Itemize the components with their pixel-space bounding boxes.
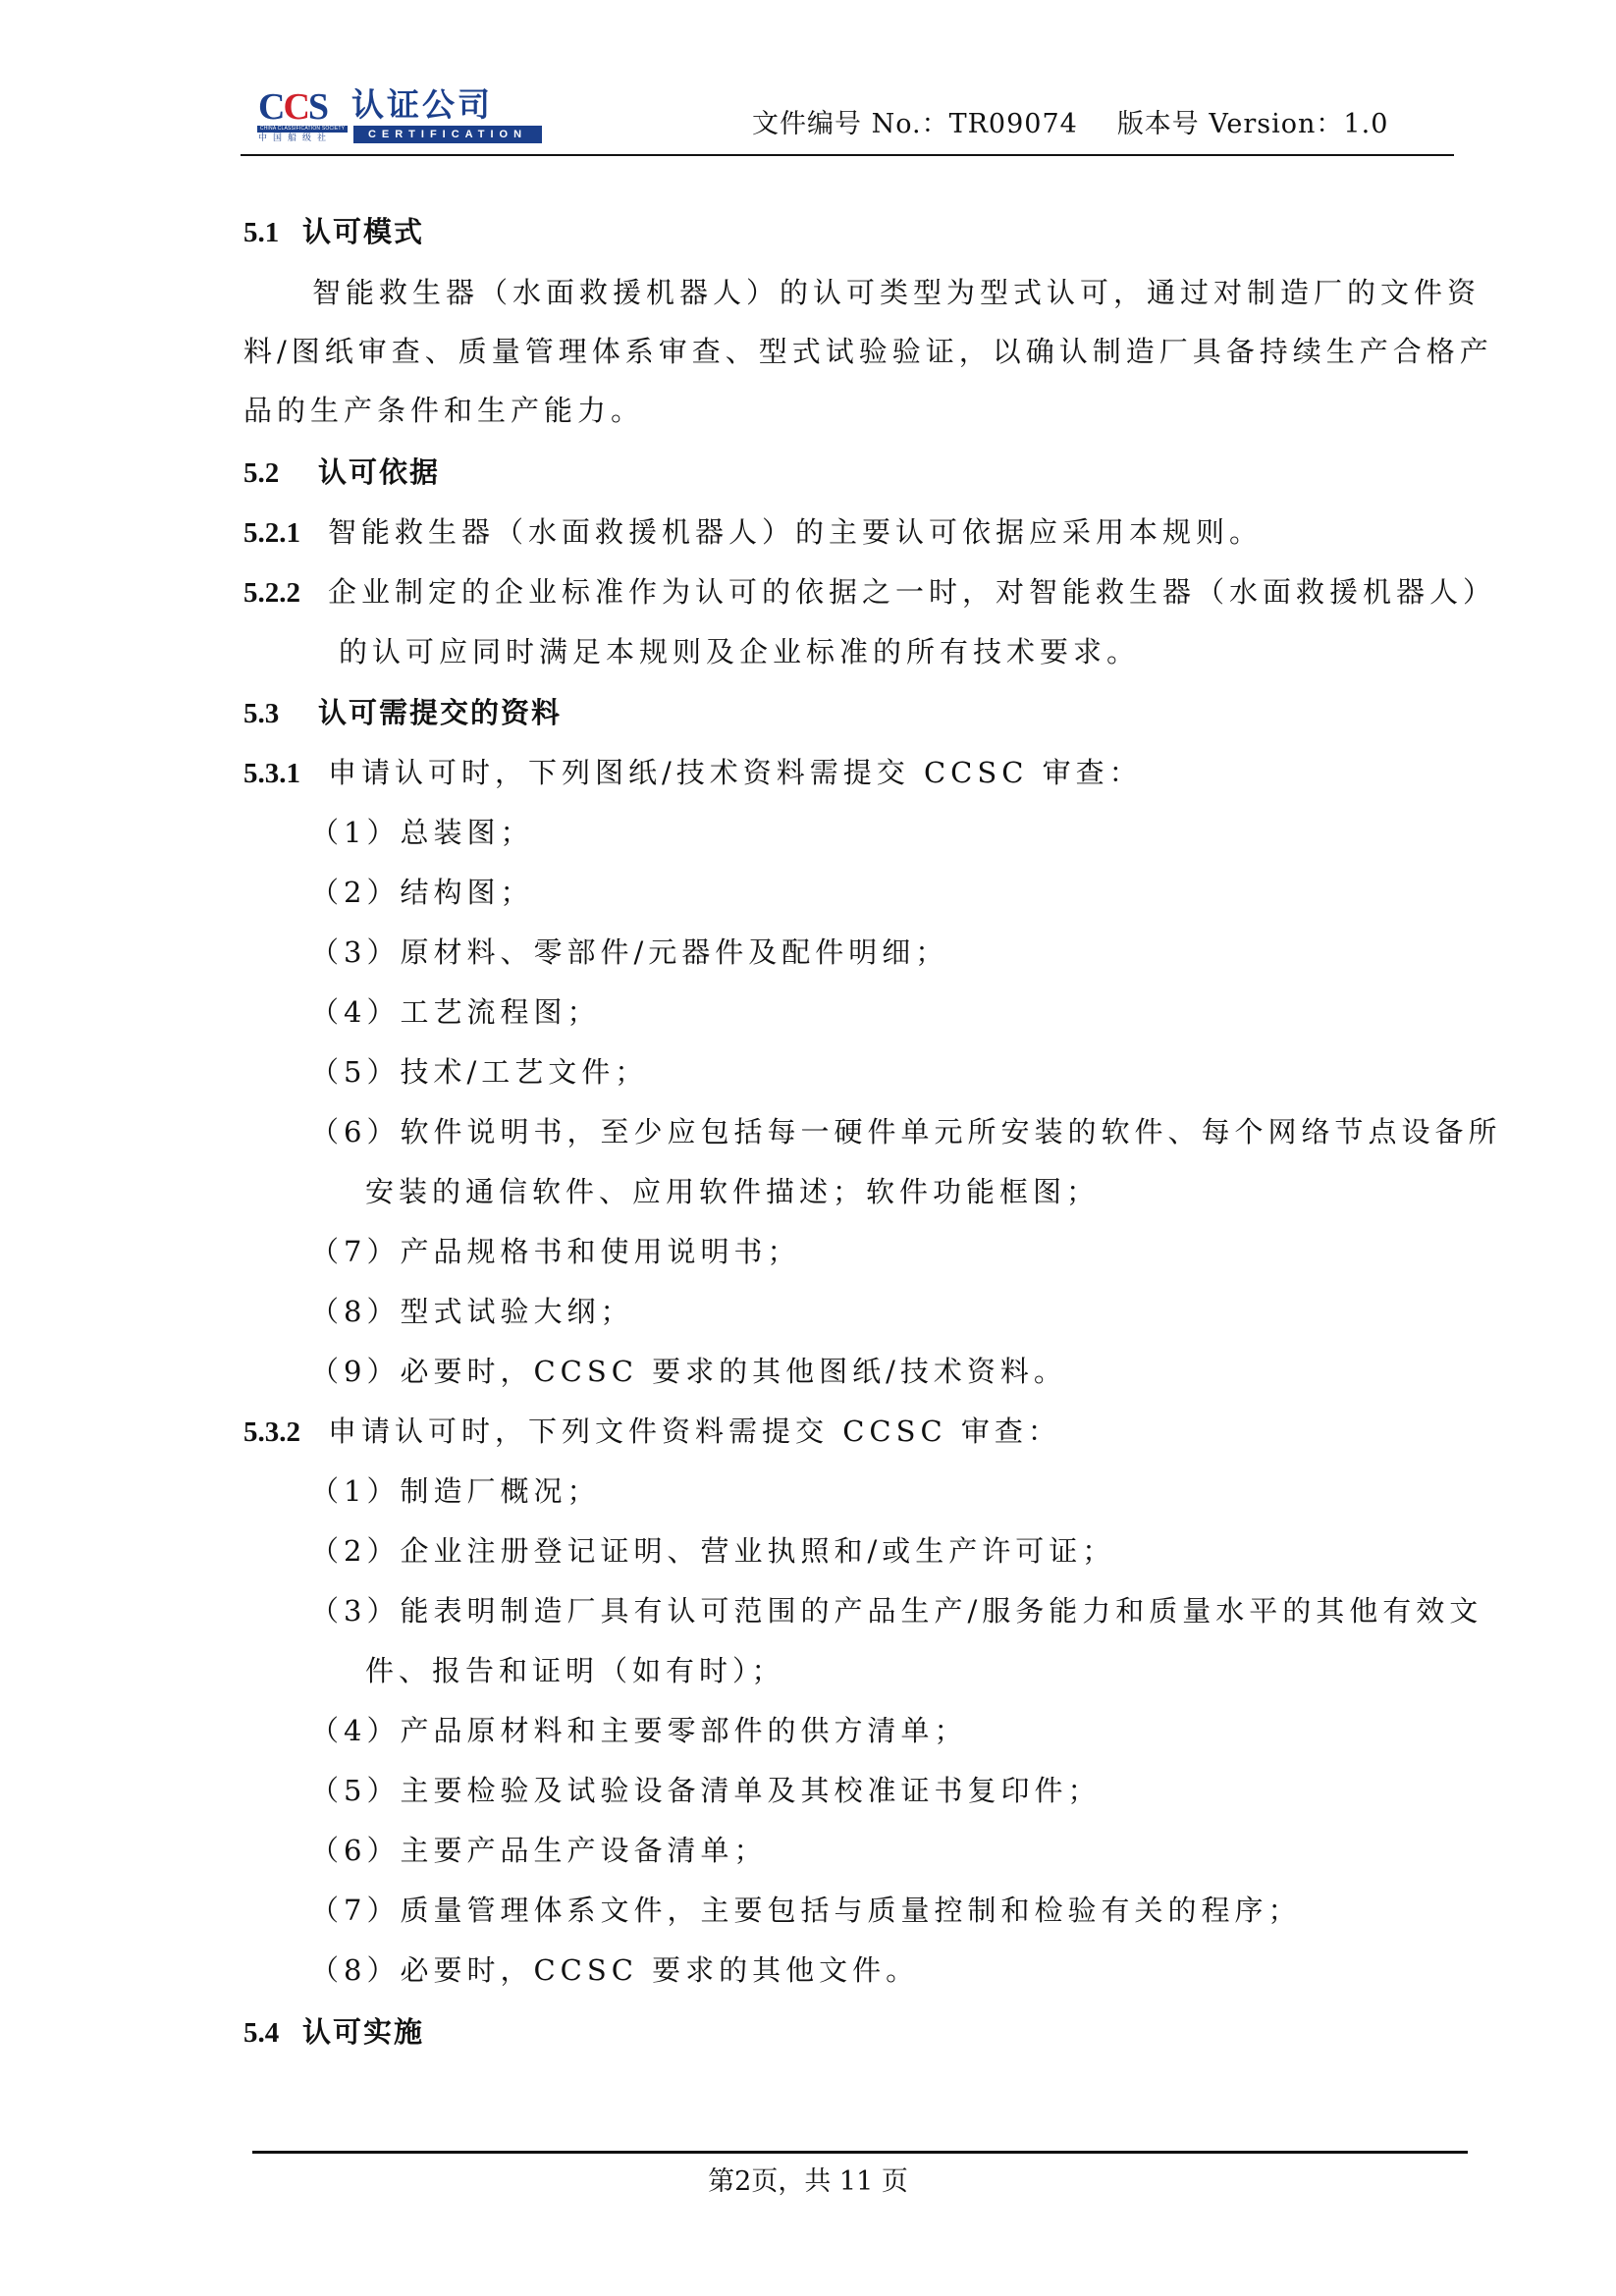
logo-company-en: CERTIFICATION bbox=[353, 126, 542, 143]
list-item: （4）工艺流程图； bbox=[310, 994, 600, 1030]
logo-society-cn: 中国船级社 bbox=[258, 133, 332, 144]
paragraph-line: 智能救生器（水面救援机器人）的认可类型为型式认可，通过对制造厂的文件资 bbox=[312, 275, 1481, 310]
section-heading-5-2: 5.2认可依据 bbox=[243, 454, 440, 491]
list-item: （7）质量管理体系文件，主要包括与质量控制和检验有关的程序； bbox=[310, 1893, 1301, 1928]
section-heading-5-3: 5.3认可需提交的资料 bbox=[243, 695, 562, 731]
document-number-version: 文件编号 No.：TR09074版本号 Version：1.0 bbox=[752, 108, 1388, 141]
logo-ccs-letters: CCS bbox=[258, 88, 327, 126]
list-item: （5）主要检验及试验设备清单及其校准证书复印件； bbox=[310, 1773, 1101, 1808]
list-item-continuation: 安装的通信软件、应用软件描述；软件功能框图； bbox=[365, 1174, 1100, 1209]
clause-continuation: 的认可应同时满足本规则及企业标准的所有技术要求。 bbox=[339, 634, 1140, 669]
clause-5-2-1: 5.2.1智能救生器（水面救援机器人）的主要认可依据应采用本规则。 bbox=[243, 514, 1263, 551]
clause-5-2-2: 5.2.2企业制定的企业标准作为认可的依据之一时，对智能救生器（水面救援机器人） bbox=[243, 574, 1496, 611]
list-item: （6）主要产品生产设备清单； bbox=[310, 1833, 767, 1868]
section-heading-5-1: 5.1认可模式 bbox=[243, 214, 424, 250]
list-item: （4）产品原材料和主要零部件的供方清单； bbox=[310, 1713, 967, 1748]
list-item: （1）制造厂概况； bbox=[310, 1473, 600, 1509]
list-item: （9）必要时，CCSC 要求的其他图纸/技术资料。 bbox=[310, 1354, 1067, 1389]
clause-5-3-2: 5.3.2申请认可时，下列文件资料需提交 CCSC 审查： bbox=[243, 1414, 1061, 1450]
list-item: （8）必要时，CCSC 要求的其他文件。 bbox=[310, 1952, 919, 1988]
list-item: （5）技术/工艺文件； bbox=[310, 1054, 648, 1090]
list-item: （6）软件说明书，至少应包括每一硬件单元所安装的软件、每个网络节点设备所 bbox=[310, 1114, 1501, 1149]
logo-company-cn: 认证公司 bbox=[351, 86, 493, 124]
list-item: （1）总装图； bbox=[310, 815, 533, 850]
section-heading-5-4: 5.4认可实施 bbox=[243, 2014, 424, 2051]
footer-divider bbox=[252, 2151, 1468, 2154]
list-item: （8）型式试验大纲； bbox=[310, 1294, 633, 1329]
list-item: （2）企业注册登记证明、营业执照和/或生产许可证； bbox=[310, 1533, 1115, 1569]
version-number: 版本号 Version：1.0 bbox=[1117, 109, 1389, 139]
list-item: （7）产品规格书和使用说明书； bbox=[310, 1234, 800, 1269]
document-number: 文件编号 No.：TR09074 bbox=[752, 109, 1078, 139]
list-item: （3）能表明制造厂具有认可范围的产品生产/服务能力和质量水平的其他有效文 bbox=[310, 1593, 1482, 1629]
logo-society-en: CHINA CLASSIFICATION SOCIETY bbox=[257, 126, 348, 133]
list-item: （2）结构图； bbox=[310, 875, 533, 910]
header-divider bbox=[241, 154, 1454, 156]
page-number: 第2页，共 11 页 bbox=[0, 2166, 1616, 2198]
clause-5-3-1: 5.3.1申请认可时，下列图纸/技术资料需提交 CCSC 审查： bbox=[243, 755, 1143, 791]
list-item: （3）原材料、零部件/元器件及配件明细； bbox=[310, 934, 948, 970]
paragraph-line: 品的生产条件和生产能力。 bbox=[243, 393, 644, 428]
list-item-continuation: 件、报告和证明（如有时）； bbox=[365, 1653, 785, 1688]
ccs-certification-logo: CCS CHINA CLASSIFICATION SOCIETY 中国船级社 认… bbox=[253, 86, 548, 147]
paragraph-line: 料/图纸审查、质量管理体系审查、型式试验验证，以确认制造厂具备持续生产合格产 bbox=[243, 334, 1493, 369]
